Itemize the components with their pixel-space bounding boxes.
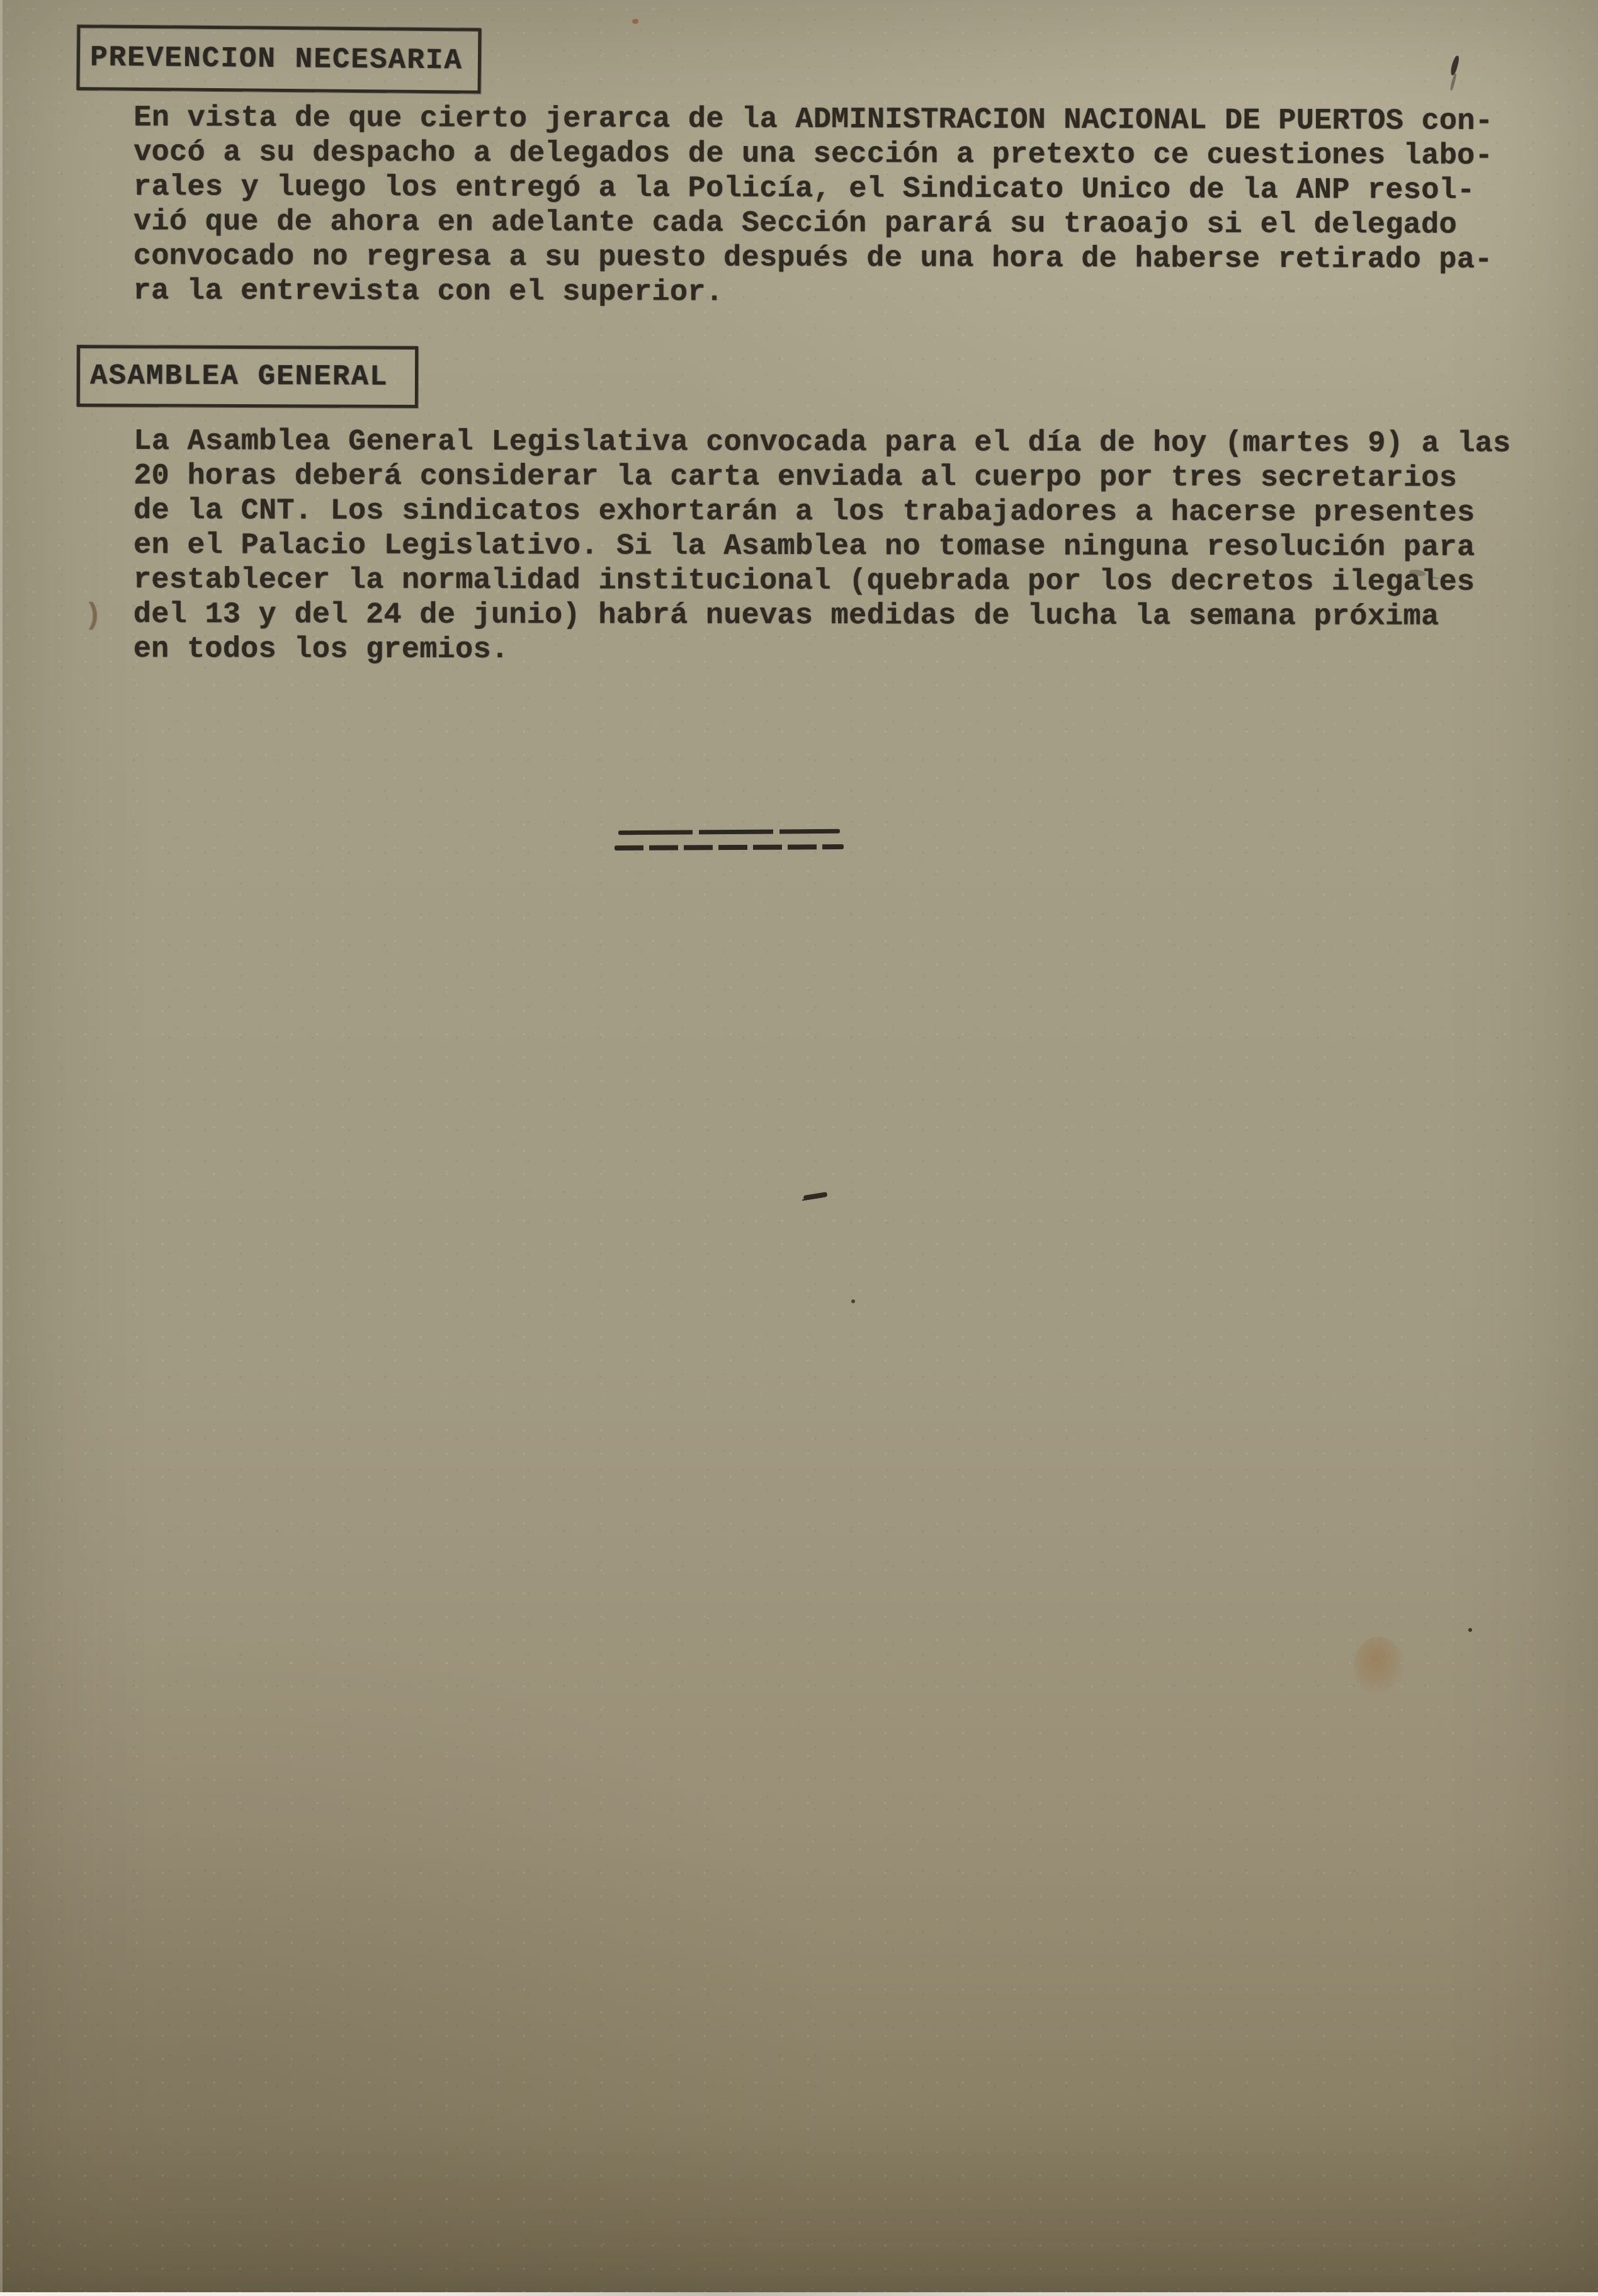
scan-edge-left <box>0 0 3 2296</box>
ink-dot-middle <box>851 1299 855 1303</box>
section-title: PREVENCION NECESARIA <box>90 43 463 75</box>
section-header-prevencion-necesaria: PREVENCION NECESARIA <box>77 25 482 94</box>
section-body-prevencion-necesaria: En vista de que cierto jerarca de la ADM… <box>133 101 1493 312</box>
section-title: ASAMBLEA GENERAL <box>90 361 388 392</box>
margin-paren-mark: ) <box>84 599 102 632</box>
divider-dashed-line-top <box>618 829 840 835</box>
scan-edge-bottom <box>0 2292 1598 2296</box>
section-body-asamblea-general: La Asamblea General Legislativa convocad… <box>133 424 1511 669</box>
rust-speck-top <box>632 19 638 24</box>
ink-speck-top-right <box>1449 55 1459 76</box>
ink-dash-middle <box>803 1192 828 1201</box>
scanned-document-page: PREVENCION NECESARIA En vista de que cie… <box>0 0 1598 2296</box>
rust-stain-bottom-right <box>1354 1637 1404 1695</box>
paper-grain-texture <box>0 0 1598 2296</box>
ink-dot-bottom-right <box>1468 1628 1472 1632</box>
section-header-asamblea-general: ASAMBLEA GENERAL <box>77 345 418 408</box>
divider-dashed-line-bottom <box>615 844 844 851</box>
